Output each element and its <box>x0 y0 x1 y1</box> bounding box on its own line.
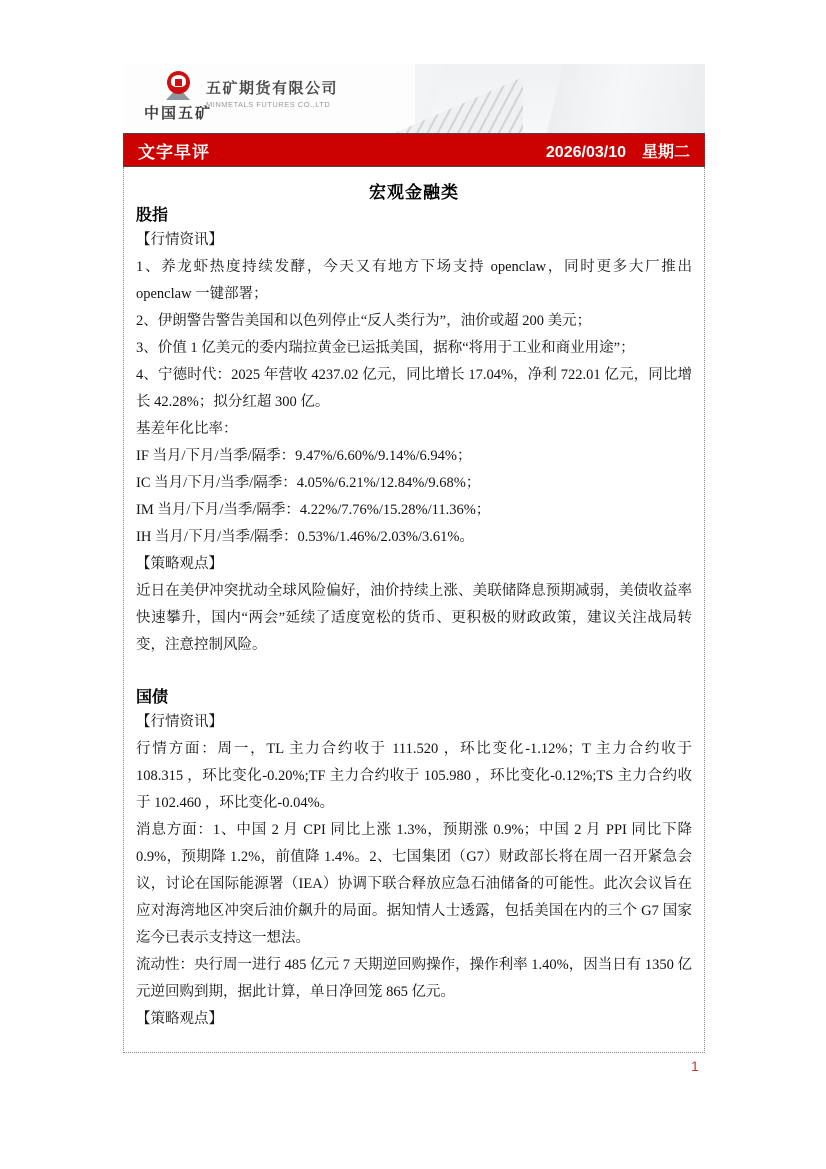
logo-icon-mark <box>175 79 182 86</box>
market-paragraph: 行情方面：周一，TL 主力合约收于 111.520 ，环比变化-1.12%；T … <box>136 736 692 817</box>
strategy-label: 【策略观点】 <box>136 1006 692 1033</box>
page-number: 1 <box>691 1058 699 1074</box>
basis-line: IM 当月/下月/当季/隔季：4.22%/7.76%/15.28%/11.36%… <box>136 497 692 524</box>
company-name-block: 五矿期货有限公司 MINMETALS FUTURES CO.,LTD <box>206 77 338 109</box>
liquidity-paragraph: 流动性：央行周一进行 485 亿元 7 天期逆回购操作，操作利率 1.40%，因… <box>136 952 692 1006</box>
title-banner: 文字早评 2026/03/10星期二 <box>123 133 705 167</box>
company-logo: 中国五矿 <box>143 71 213 123</box>
basis-line: IC 当月/下月/当季/隔季：4.05%/6.21%/12.84%/9.68%； <box>136 470 692 497</box>
banner-date-value: 2026/03/10 <box>546 144 626 161</box>
banner-date: 2026/03/10星期二 <box>546 139 690 162</box>
minmetals-logo-icon <box>167 71 190 94</box>
basis-title: 基差年化比率： <box>136 416 692 443</box>
report-page: 中国五矿 五矿期货有限公司 MINMETALS FUTURES CO.,LTD … <box>0 0 826 1169</box>
news-item: 3、价值 1 亿美元的委内瑞拉黄金已运抵美国，据称“将用于工业和商业用途”； <box>136 335 692 362</box>
strategy-text: 近日在美伊冲突扰动全球风险偏好，油价持续上涨、美联储降息预期减弱，美债收益率快速… <box>136 578 692 659</box>
report-document: 中国五矿 五矿期货有限公司 MINMETALS FUTURES CO.,LTD … <box>123 64 705 1053</box>
basis-line: IF 当月/下月/当季/隔季：9.47%/6.60%/9.14%/6.94%； <box>136 443 692 470</box>
report-body: 宏观金融类 股指 【行情资讯】 1、养龙虾热度持续发酵，今天又有地方下场支持 o… <box>123 167 705 1053</box>
logo-text: 中国五矿 <box>143 102 213 123</box>
info-label: 【行情资讯】 <box>136 227 692 254</box>
company-name-cn: 五矿期货有限公司 <box>206 77 338 98</box>
section-heading-treasury-bond: 国债 <box>136 687 692 709</box>
section-heading-stock-index: 股指 <box>136 205 692 227</box>
news-item: 4、宁德时代：2025 年营收 4237.02 亿元，同比增长 17.04%，净… <box>136 362 692 416</box>
report-title: 宏观金融类 <box>136 181 692 205</box>
company-name-en: MINMETALS FUTURES CO.,LTD <box>206 100 338 109</box>
masthead: 中国五矿 五矿期货有限公司 MINMETALS FUTURES CO.,LTD <box>123 64 705 133</box>
news-item: 1、养龙虾热度持续发酵，今天又有地方下场支持 openclaw，同时更多大厂推出… <box>136 254 692 308</box>
strategy-label: 【策略观点】 <box>136 551 692 578</box>
banner-title: 文字早评 <box>138 138 210 163</box>
info-label: 【行情资讯】 <box>136 709 692 736</box>
banner-weekday: 星期二 <box>642 144 690 161</box>
basis-line: IH 当月/下月/当季/隔季：0.53%/1.46%/2.03%/3.61%。 <box>136 524 692 551</box>
news-item: 2、伊朗警告警告美国和以色列停止“反人类行为”，油价或超 200 美元； <box>136 308 692 335</box>
news-paragraph: 消息方面：1、中国 2 月 CPI 同比上涨 1.3%，预期涨 0.9%；中国 … <box>136 817 692 952</box>
